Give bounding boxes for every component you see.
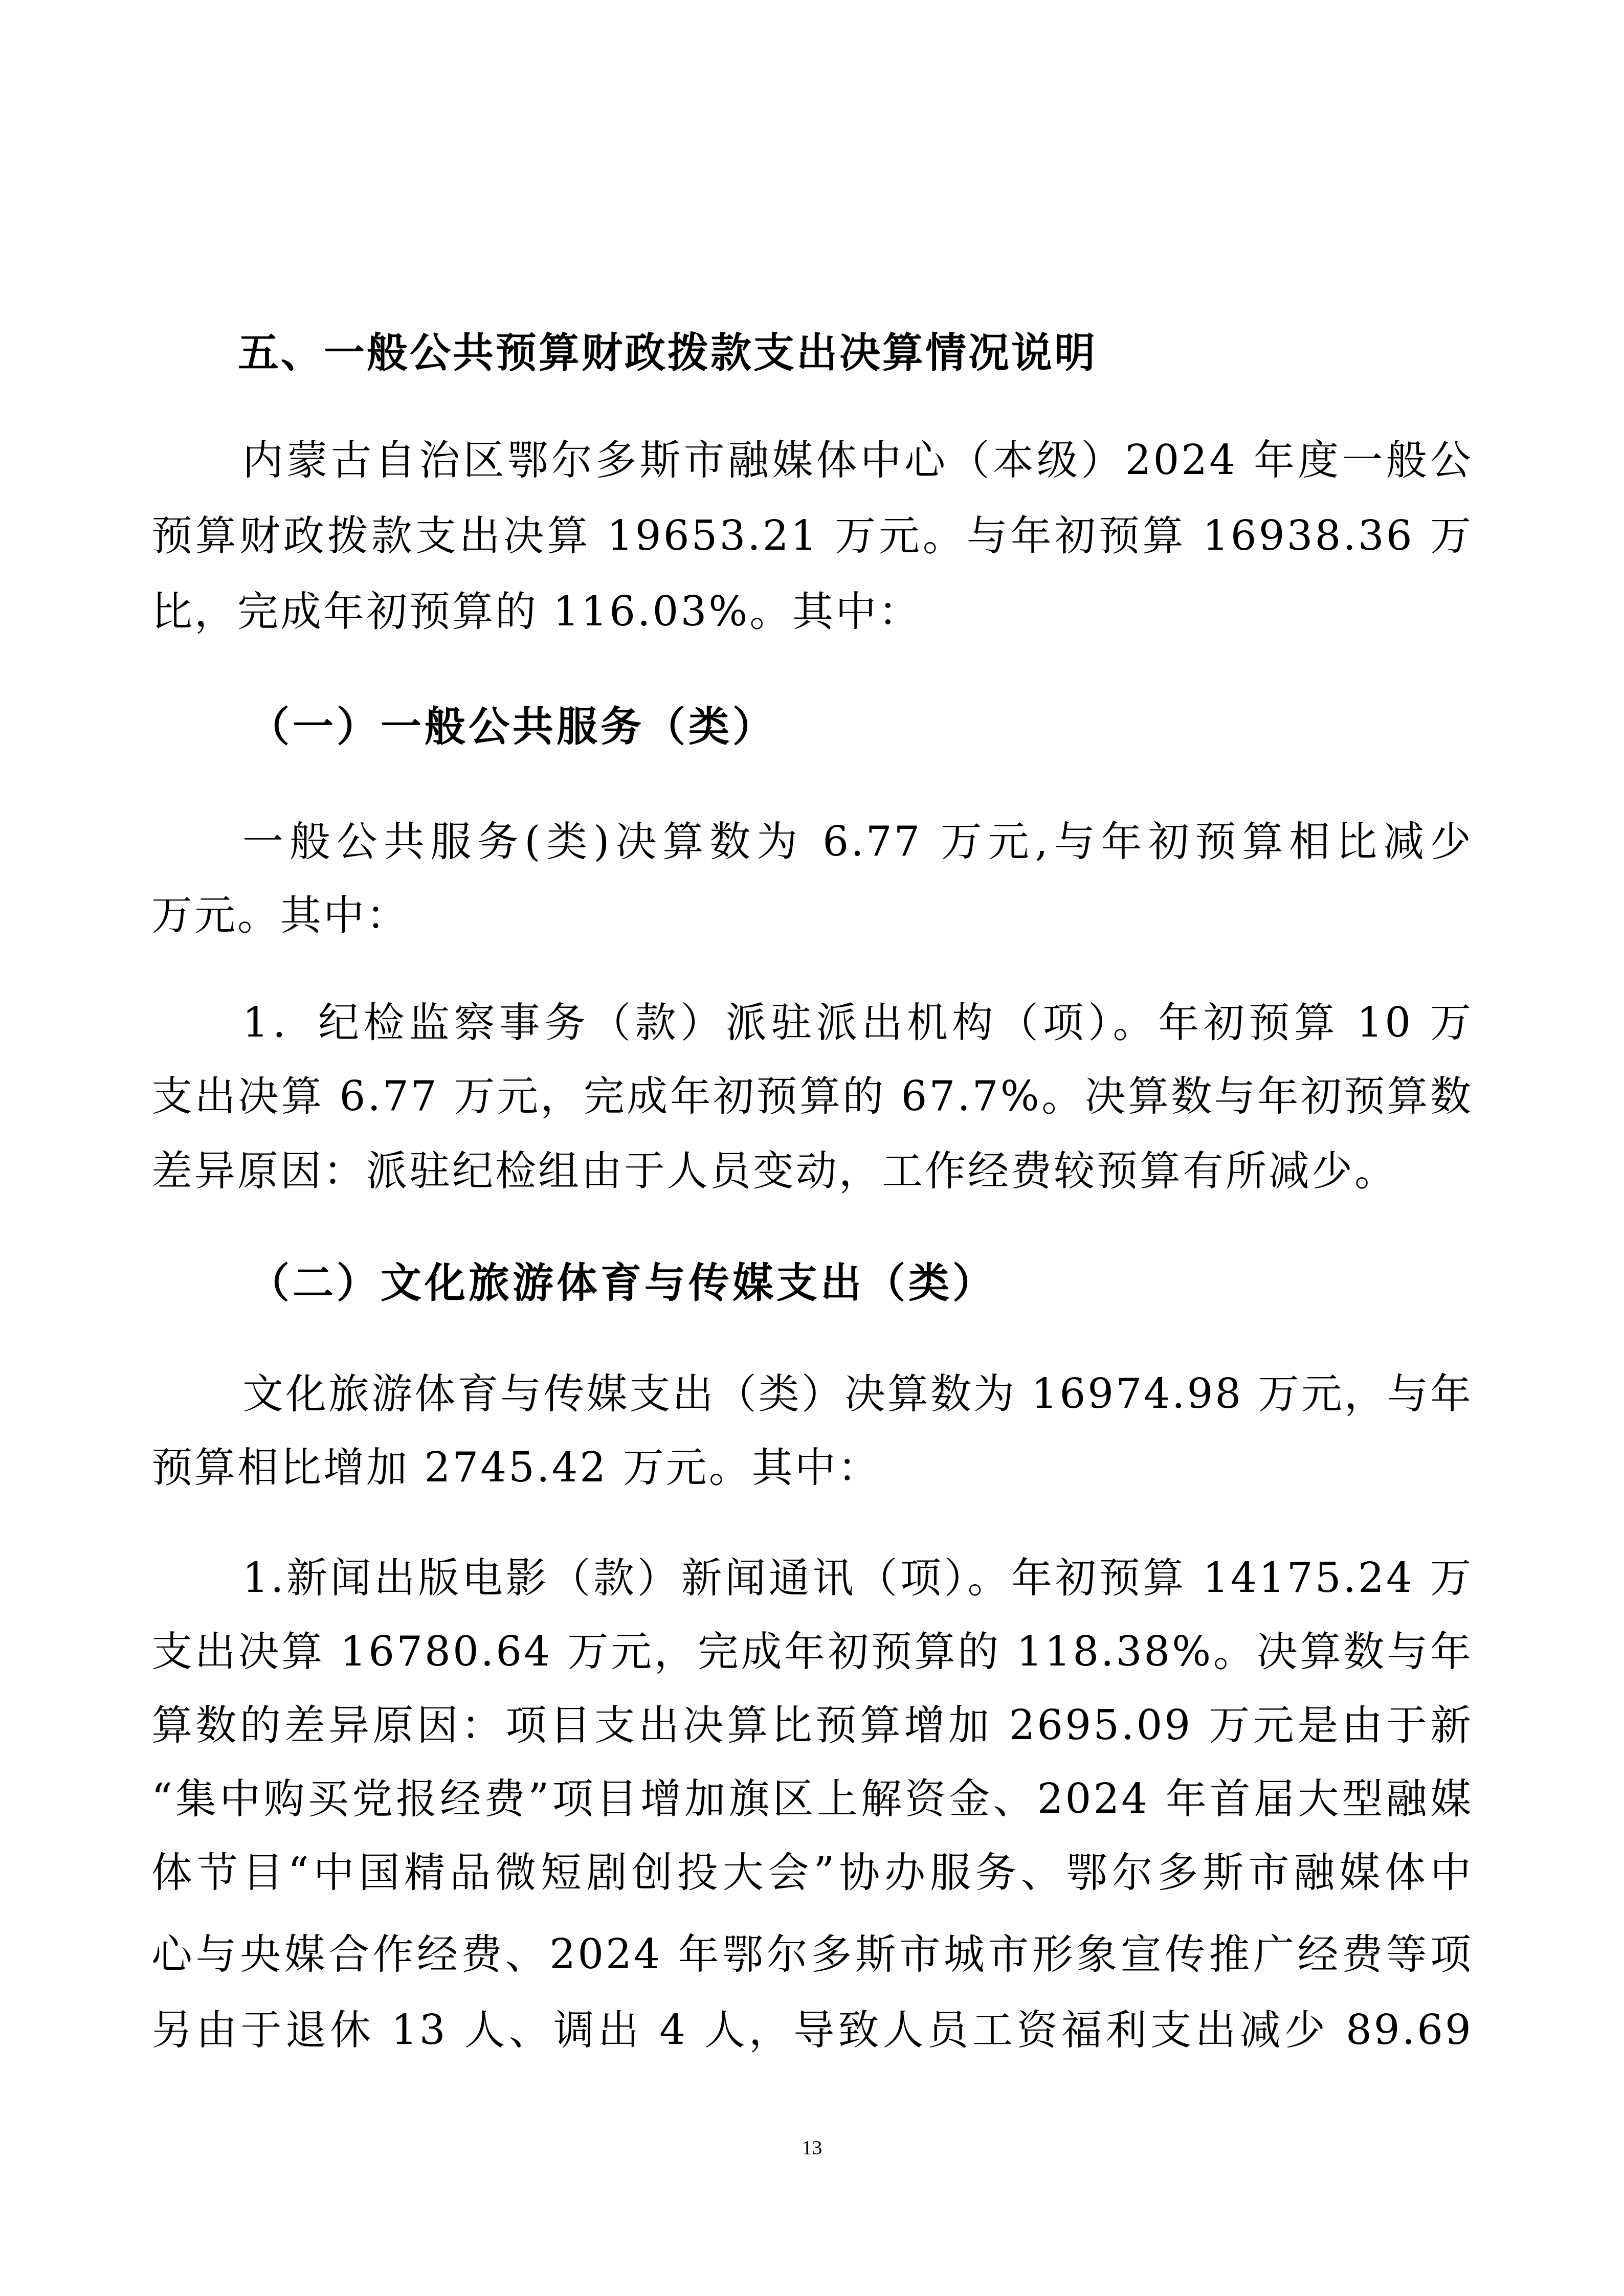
subsection-2-summary-line-2: 预算相比增加 2745.42 万元。其中：	[151, 1442, 1473, 1493]
subsection-1-item-1-line-2: 支出决算 6.77 万元，完成年初预算的 67.7%。决算数与年初预算数的	[151, 1071, 1473, 1122]
subsection-2-item-1-line-3: 算数的差异原因：项目支出决算比预算增加 2695.09 万元是由于新增	[151, 1700, 1473, 1751]
subsection-2-item-1-line-5: 体节目“中国精品微短剧创投大会”协办服务、鄂尔多斯市融媒体中	[151, 1847, 1473, 1898]
page-number: 13	[0, 2132, 1624, 2163]
subsection-1-item-1-line-3: 差异原因：派驻纪检组由于人员变动，工作经费较预算有所减少。	[151, 1145, 1473, 1197]
document-page: 五、一般公共预算财政拨款支出决算情况说明 内蒙古自治区鄂尔多斯市融媒体中心（本级…	[0, 0, 1624, 2296]
subsection-2-item-1-line-1: 1.新闻出版电影（款）新闻通讯（项）。年初预算 14175.24 万元，	[242, 1552, 1473, 1604]
subsection-1-summary-line-1: 一般公共服务(类)决算数为 6.77 万元,与年初预算相比减少 3.23	[242, 816, 1473, 867]
subsection-2-heading: （二）文化旅游体育与传媒支出（类）	[249, 1257, 996, 1308]
intro-line-3: 比，完成年初预算的 116.03%。其中：	[151, 586, 1473, 637]
subsection-1-item-1-line-1: 1．纪检监察事务（款）派驻派出机构（项）。年初预算 10 万元，	[242, 997, 1473, 1048]
subsection-2-summary-line-1: 文化旅游体育与传媒支出（类）决算数为 16974.98 万元，与年初	[242, 1368, 1473, 1420]
section-heading: 五、一般公共预算财政拨款支出决算情况说明	[238, 327, 1097, 378]
subsection-1-heading: （一）一般公共服务（类）	[249, 701, 776, 752]
subsection-1-summary-line-2: 万元。其中：	[151, 890, 1473, 941]
subsection-2-item-1-line-6: 心与央媒合作经费、2024 年鄂尔多斯市城市形象宣传推广经费等项目；	[151, 1929, 1473, 1980]
subsection-2-item-1-line-7: 另由于退休 13 人、调出 4 人，导致人员工资福利支出减少 89.69 万元。	[151, 2005, 1473, 2056]
intro-line-1: 内蒙古自治区鄂尔多斯市融媒体中心（本级）2024 年度一般公共	[242, 435, 1473, 486]
subsection-2-item-1-line-2: 支出决算 16780.64 万元，完成年初预算的 118.38%。决算数与年初预	[151, 1626, 1473, 1677]
subsection-2-item-1-line-4: “集中购买党报经费”项目增加旗区上解资金、2024 年首届大型融媒	[151, 1773, 1473, 1825]
intro-line-2: 预算财政拨款支出决算 19653.21 万元。与年初预算 16938.36 万元…	[151, 510, 1473, 561]
